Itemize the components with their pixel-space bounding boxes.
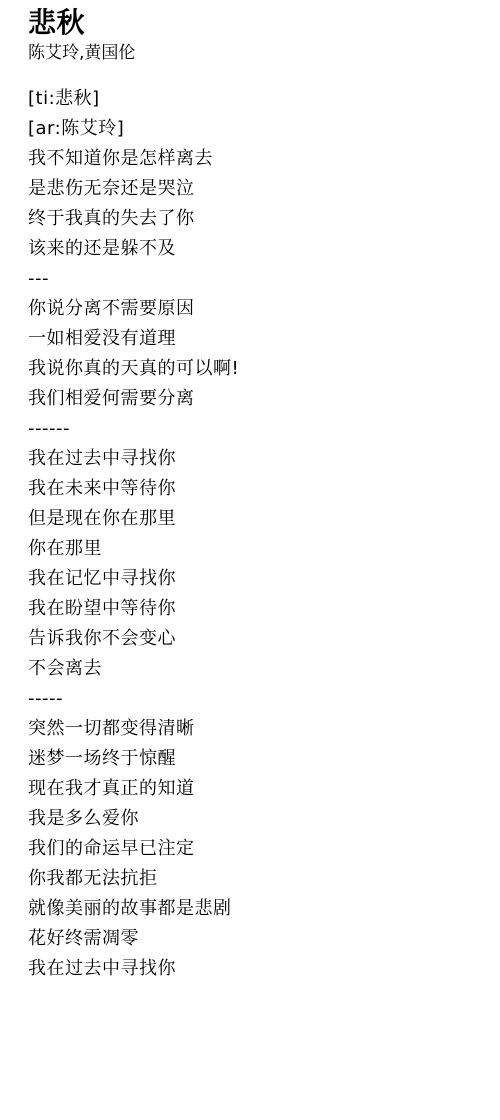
lyric-line: 一如相爱没有道理	[28, 324, 480, 354]
lyric-line: 告诉我你不会变心	[28, 624, 480, 654]
lyric-line: 你我都无法抗拒	[28, 864, 480, 894]
lyric-line: 终于我真的失去了你	[28, 204, 480, 234]
lyric-line: ---	[28, 264, 480, 294]
lyric-line: 你在那里	[28, 534, 480, 564]
lyric-line: 我在过去中寻找你	[28, 444, 480, 474]
lyric-line: 我在未来中等待你	[28, 474, 480, 504]
artist-name: 陈艾玲,黄国伦	[28, 42, 480, 64]
lyric-line: 我在记忆中寻找你	[28, 564, 480, 594]
lyric-line: -----	[28, 684, 480, 714]
lyric-line: 但是现在你在那里	[28, 504, 480, 534]
lyric-line: 就像美丽的故事都是悲剧	[28, 894, 480, 924]
lyric-line: 我说你真的天真的可以啊!	[28, 354, 480, 384]
lyric-line: 花好终需凋零	[28, 924, 480, 954]
lyric-line: ------	[28, 414, 480, 444]
lyric-line: 我们的命运早已注定	[28, 834, 480, 864]
song-title: 悲秋	[28, 4, 480, 42]
lyric-line: [ar:陈艾玲]	[28, 114, 480, 144]
lyric-line: 我在盼望中等待你	[28, 594, 480, 624]
lyric-line: 迷梦一场终于惊醒	[28, 744, 480, 774]
lyric-line: 现在我才真正的知道	[28, 774, 480, 804]
lyric-line: 突然一切都变得清晰	[28, 714, 480, 744]
lyric-line: 我们相爱何需要分离	[28, 384, 480, 414]
lyric-line: 我不知道你是怎样离去	[28, 144, 480, 174]
lyric-line: 我在过去中寻找你	[28, 954, 480, 984]
lyric-line: [ti:悲秋]	[28, 84, 480, 114]
lyric-line: 该来的还是躲不及	[28, 234, 480, 264]
lyric-line: 不会离去	[28, 654, 480, 684]
lyric-line: 你说分离不需要原因	[28, 294, 480, 324]
lyric-line: 是悲伤无奈还是哭泣	[28, 174, 480, 204]
lyrics-page: 悲秋 陈艾玲,黄国伦 [ti:悲秋][ar:陈艾玲]我不知道你是怎样离去是悲伤无…	[0, 0, 500, 1120]
lyric-line: 我是多么爱你	[28, 804, 480, 834]
lyrics-body: [ti:悲秋][ar:陈艾玲]我不知道你是怎样离去是悲伤无奈还是哭泣终于我真的失…	[28, 84, 480, 984]
